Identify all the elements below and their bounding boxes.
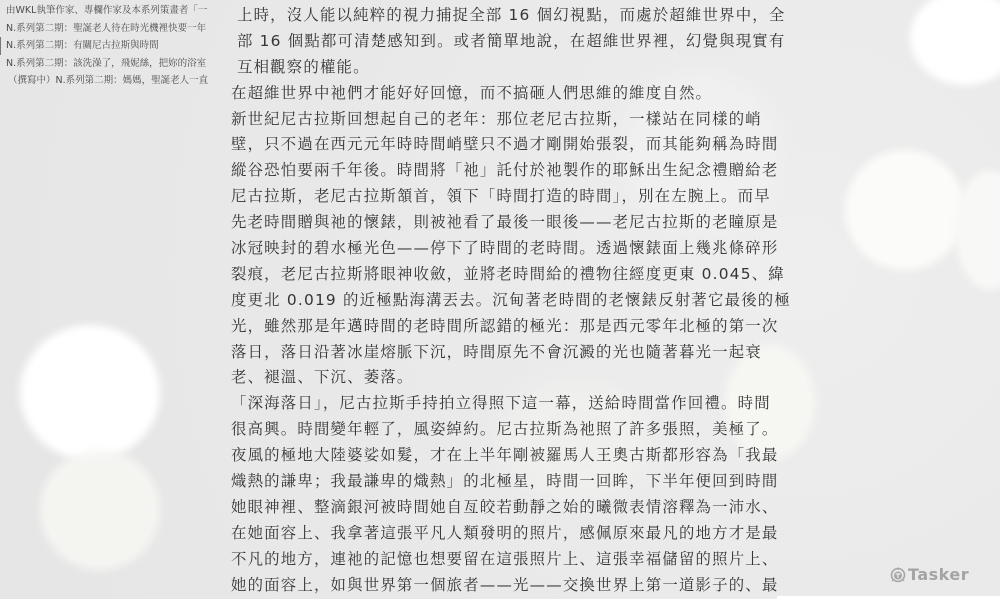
text-line: 冰冠映封的碧水極光色——停下了時間的老時間。透過懷錶面上幾兆條碎形 [231, 236, 731, 262]
series-sidebar: 由WKL執筆作家、專欄作家及本系列策畫者「一 N.系列第二期：聖誕老人待在時光機… [0, 2, 240, 90]
text-line: 度更北 0.019 的近極點海溝丟去。沉甸著老時間的老懷錶反射著它最後的極 [231, 288, 731, 314]
tasker-logo-icon [890, 567, 906, 583]
watermark-brand: Tasker [908, 565, 969, 584]
text-line: 不凡的地方，連祂的記憶也想要留在這張照片上、這張幸福儲留的照片上、 [231, 547, 731, 573]
text-line: 新世紀尼古拉斯回想起自己的老年：那位老尼古拉斯，一樣站在同樣的峭 [231, 107, 731, 133]
text-line: 壁，只不過在西元元年時時間峭壁只不過才剛開始張裂，而其能夠稱為時間 [231, 132, 731, 158]
text-line: 在她面容上、我拿著這張平凡人類發明的照片，感佩原來最凡的地方才是最 [231, 521, 731, 547]
bokeh-light [845, 150, 965, 270]
text-line: 尼古拉斯，老尼古拉斯頷首，領下「時間打造的時間」，別在左腕上。而早 [231, 184, 731, 210]
text-line: 互相觀察的權能。 [237, 55, 731, 81]
text-line: 熾熱的謙卑；我最謙卑的熾熱」的北極星，時間一回眸，下半年便回到時間 [231, 469, 731, 495]
text-line: 裂痕，老尼古拉斯將眼神收斂，並將老時間給的禮物往經度更東 0.045、緯 [231, 262, 731, 288]
text-line: 「深海落日」，尼古拉斯手持拍立得照下這一幕，送給時間當作回禮。時間 [231, 391, 731, 417]
text-line: 縱谷恐怕要兩千年後。時間將「祂」託付於祂製作的耶穌出生紀念禮贈給老 [231, 158, 731, 184]
sidebar-item-bath-time[interactable]: N.系列第二期：該洗澡了，飛妮絲，把妳的浴室 [0, 55, 240, 73]
text-line: 光，雖然那是年邁時間的老時間所認錯的極光：那是西元零年北極的第一次 [231, 314, 731, 340]
text-line: 很高興。時間變年輕了，風姿綽約。尼古拉斯為祂照了許多張照，美極了。 [231, 417, 731, 443]
hyperdimension-paragraph: 在超維世界中祂們才能好好回憶，而不搞砸人們思維的維度自然。 [231, 81, 731, 107]
bokeh-light [40, 450, 160, 570]
text-line: 落日，落日沿著冰崖熔脈下沉，時間原先不會沉澱的光也隨著暮光一起衰 [231, 340, 731, 366]
text-line: 她眼神裡、整滴銀河被時間她自亙皎若動靜之始的曦微表情溶釋為一沛水、 [231, 495, 731, 521]
text-line: 部 16 個點都可清楚感知到。或者簡單地說，在超維世界裡，幻覺與現實有 [237, 29, 731, 55]
tasker-watermark: Tasker [890, 565, 969, 584]
deep-sea-sunset-paragraph: 「深海落日」，尼古拉斯手持拍立得照下這一幕，送給時間當作回禮。時間 很高興。時間… [231, 391, 731, 598]
text-line: 她的面容上，如與世界第一個旅者——光——交換世界上第一道影子的、最 [231, 573, 731, 599]
sidebar-item-nicholas-and-time[interactable]: N.系列第二期：有關尼古拉斯與時間 [0, 37, 240, 55]
bokeh-light [20, 325, 160, 460]
sidebar-item-intro[interactable]: 由WKL執筆作家、專欄作家及本系列策畫者「一 [0, 2, 240, 20]
sidebar-item-santa-time-machine[interactable]: N.系列第二期：聖誕老人待在時光機裡快要一年 [0, 20, 240, 38]
text-line: 先老時間贈與祂的懷錶，則被祂看了最後一眼後——老尼古拉斯的老瞳原是 [231, 210, 731, 236]
text-line: 在超維世界中祂們才能好好回憶，而不搞砸人們思維的維度自然。 [231, 81, 731, 107]
intro-paragraph: 上時，沒人能以純粹的視力捕捉全部 16 個幻視點，而處於超維世界中，全 部 16… [231, 3, 731, 81]
article-body: 上時，沒人能以純粹的視力捕捉全部 16 個幻視點，而處於超維世界中，全 部 16… [231, 3, 731, 598]
text-line: 老、褪溫、下沉、萎落。 [231, 365, 731, 391]
sidebar-item-mom-santa[interactable]: （撰寫中）N.系列第二期：媽媽，聖誕老人一直 [0, 72, 240, 90]
nicholas-paragraph: 新世紀尼古拉斯回想起自己的老年：那位老尼古拉斯，一樣站在同樣的峭 壁，只不過在西… [231, 107, 731, 392]
text-line: 上時，沒人能以純粹的視力捕捉全部 16 個幻視點，而處於超維世界中，全 [237, 3, 731, 29]
text-line: 夜風的極地大陸婆娑如髮，才在上半年剛被羅馬人王奧古斯都形容為「我最 [231, 443, 731, 469]
